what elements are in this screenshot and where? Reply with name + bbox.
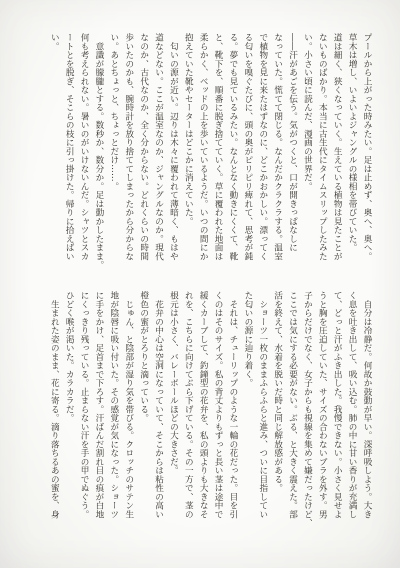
text-line: 生まれた姿のまま、花に寄る。滴り落ちるあの蜜を、身	[46, 291, 61, 515]
text-line: く息を吐き出して、吸い込む。肺の中に甘い香りが充満し	[344, 291, 359, 515]
text-line: 根元は小さく、バレーボールほどの大きさだ。	[166, 291, 181, 515]
text-line: て、どっと汗がふき出した。我慢できない。小さく見せよ	[329, 291, 344, 515]
text-line: い。	[46, 33, 61, 257]
text-line: い。あとちょっと、ちょっとだけ……。	[106, 33, 121, 257]
text-line: い。小さい頃に読んだ、漫画の世界だ。	[300, 33, 315, 257]
text-line: に手をかけ、足首まで下ろす。汗ばんだ割れ目の痕が白地	[91, 291, 106, 515]
text-line: なのか、古代なのか、全く分からない。どれくらいの時間	[136, 33, 151, 257]
text-line: れを、こちらに向けてぶら下げている。その一方で、茎の	[180, 291, 195, 515]
text-line: る。夢でも見ているみたい。なんとなく動きにくくて、靴	[225, 33, 240, 257]
text-line: 意識が朦朧とする。数秒か、数分か。足は動かしたまま。	[91, 33, 106, 257]
text-line: じゅん、と陰部が湿り気を帯びる。クロッチのサテン生	[121, 291, 136, 515]
text-line: 活を終えて、水着を脱いだ時と同じ解放感がある。	[270, 291, 285, 515]
text-line: 柔らかく、ベッドの上を歩いているようだ。いつの間にか	[195, 33, 210, 257]
text-line: 橙色の蜜がとろりと滴っている。	[136, 291, 151, 515]
text-line: 自分は冷静だ。何故か鼓動が早い。深呼吸しよう。大き	[359, 291, 374, 515]
text-line: 匂いの源が近い。辺りは木々に覆われて薄暗く、もはや	[166, 33, 181, 257]
text-line: なっていた。慌てて閉じる。なんだかクラクラする。温室	[270, 33, 285, 257]
novel-page: プールから上がった時みたい。足は止めず、奥へ、奥へ。草木は増し、いよいよジャング…	[0, 0, 400, 568]
text-line: それは、チューリップのような一輪の花だった。目を引	[225, 291, 240, 515]
text-line: にくっきり残っている。止まらない汗を手の甲でぬぐう。	[76, 291, 91, 515]
text-line: ――汗があごを伝う。気がつくと、口が開きっぱなしに	[285, 33, 300, 257]
text-line: うと胸を圧迫していた、サイズの合わないブラを外す。男	[314, 291, 329, 515]
text-line: 花弁の中心は空洞になっていて、そこからは粘性の高い	[151, 291, 166, 515]
text-line: くのはそのサイズ。私の背丈よりもずっと長い茎は途中で	[210, 291, 225, 515]
text-line: 道は細く、狭くなっていく。生えている植物は見たことが	[329, 33, 344, 257]
text-line: た匂いの源に辿り着く。	[240, 291, 255, 515]
text-line: 何も考えられない。暑いのがいけないんだ。シャツとスカ	[76, 33, 91, 257]
text-line: プールから上がった時みたい。足は止めず、奥へ、奥へ。	[359, 33, 374, 257]
text-line: ひどく喉が渇いた。カラカラだ。	[61, 291, 76, 515]
text-line: ないものばかり。本当に古生代にタイムスリップしたみた	[314, 33, 329, 257]
text-line: ここでは気にする必要がない。ぶる、と大きく震えた。部	[285, 291, 300, 515]
text-line: る匂いを嗅ぐたびに、頭の奥がピリピリ痺れて、思考が鈍	[240, 33, 255, 257]
text-line: 抱えていた靴やセーターはどこかに消えていた。	[180, 33, 195, 257]
text-line: 緩くカーブして、釣鐘型の花弁を、私の頭よりも大きなそ	[195, 291, 210, 515]
text-line: 草木は増し、いよいよジャングルの様相を帯びていた。	[344, 33, 359, 257]
upper-text-block: プールから上がった時みたい。足は止めず、奥へ、奥へ。草木は増し、いよいよジャング…	[46, 33, 374, 257]
text-line: 地が陰唇に吸い付いた。その感覚が気になった。ショーツ	[106, 291, 121, 515]
text-line: 道などない。ここが温室なのか、ジャングルなのか。現代	[151, 33, 166, 257]
text-line: ショーツ一枚のままふらふらと進み、ついに目指してい	[255, 291, 270, 515]
text-line: ートとを脱ぎ、そこらの枝に引っ掛けた。帰りに拾えばい	[61, 33, 76, 257]
text-line: で植物を見に来たはずなのに、どこかおかしい。漂ってく	[255, 33, 270, 257]
text-line: 歩いたのかも、腕時計を放り捨ててしまったから分からな	[121, 33, 136, 257]
text-line: と、靴下を、順番に脱ぎ捨てていく。草に覆われた地面は	[210, 33, 225, 257]
text-line: 子からだけでなく、女子からも視線を集めて嫌だったけど、	[300, 291, 315, 515]
lower-text-block: 自分は冷静だ。何故か鼓動が早い。深呼吸しよう。大きく息を吐き出して、吸い込む。肺…	[46, 291, 374, 515]
